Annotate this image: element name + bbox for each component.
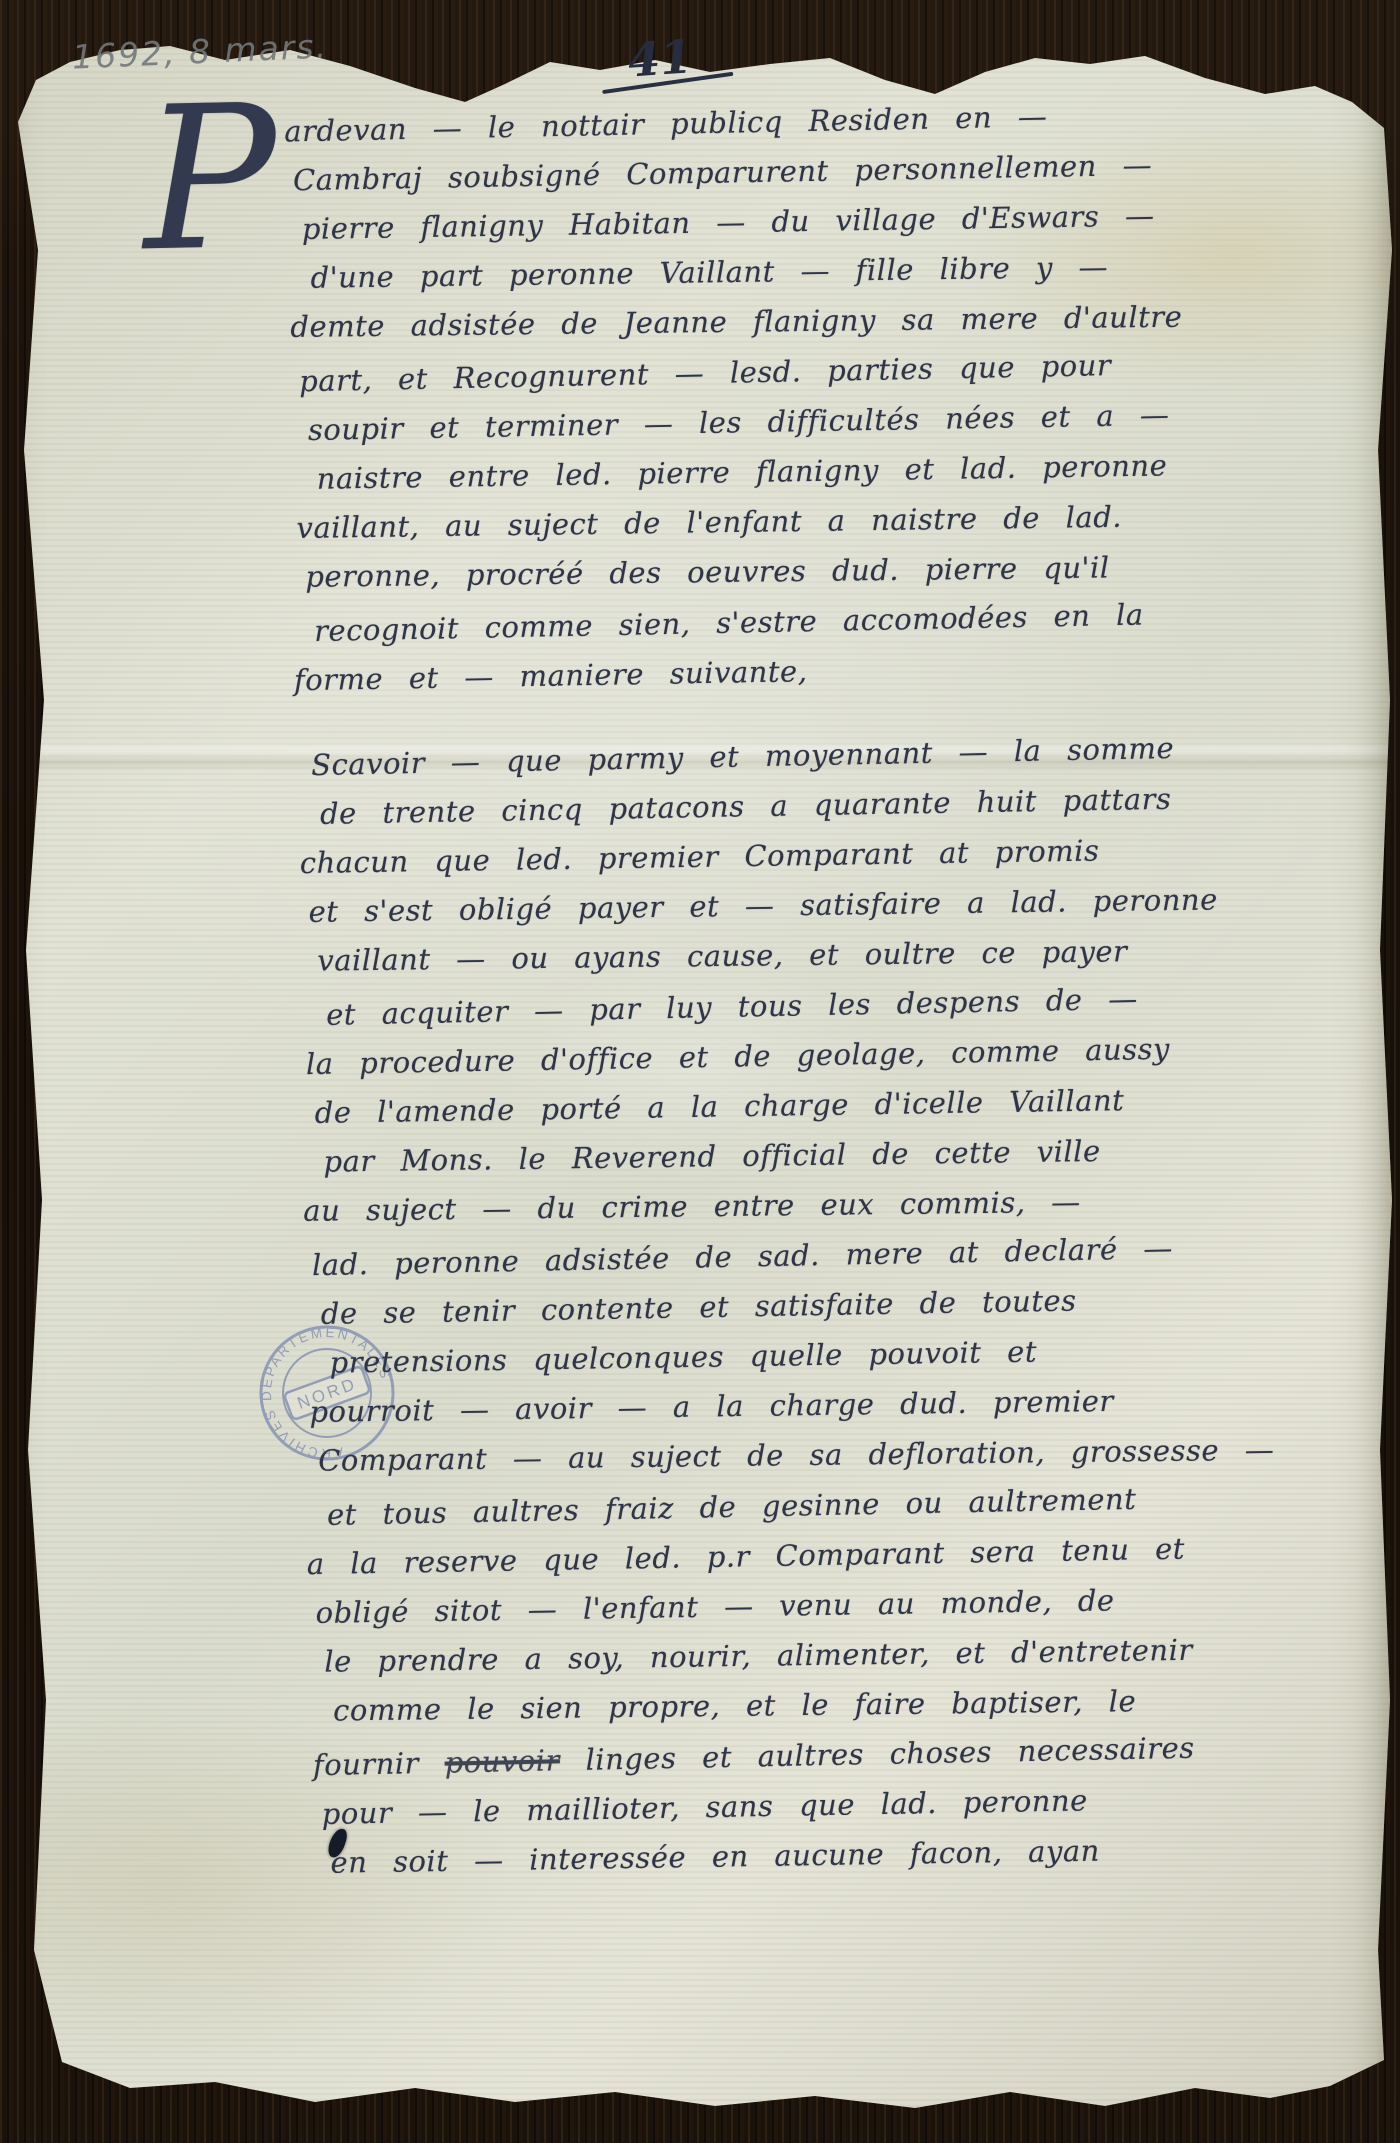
manuscript-paragraph: Pardevan — le nottair publicq Residen en… <box>298 95 1369 712</box>
struck-word: pouvoir <box>444 1743 560 1779</box>
photograph-of-manuscript: 1692, 8 mars. 41 ARCHIVES DÉPARTEMENTALE… <box>0 0 1400 2143</box>
initial-capital: P <box>141 89 278 270</box>
folio-number: 41 <box>626 26 734 87</box>
manuscript-paragraph: Scavoir — que parmy et moyennant — la so… <box>308 729 1388 1896</box>
manuscript-text: Pardevan — le nottair publicq Residen en… <box>298 95 1388 1895</box>
